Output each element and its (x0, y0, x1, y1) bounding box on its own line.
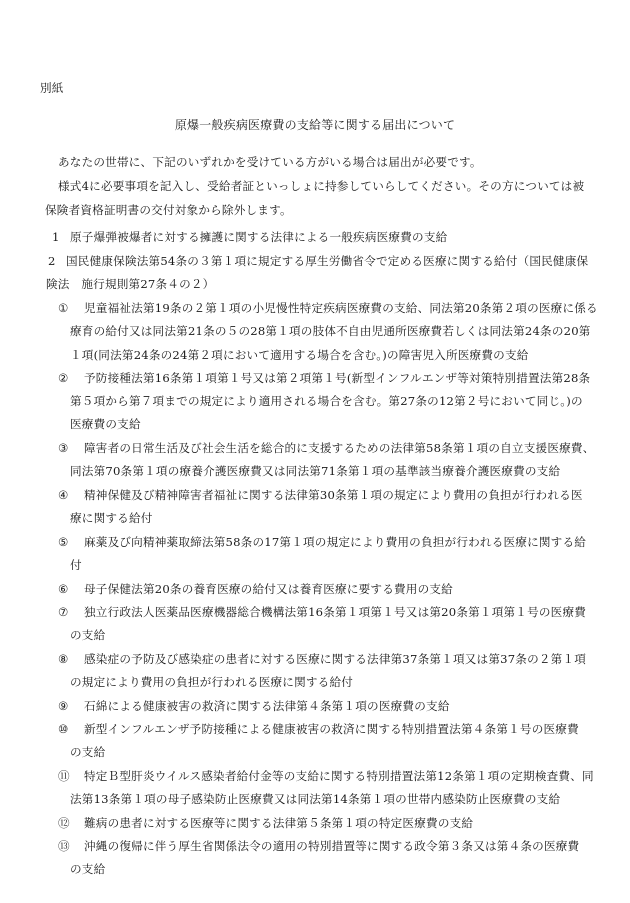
intro-line: 保険者資格証明書の交付対象から除外します。 (45, 202, 292, 218)
item-text: 第５項から第７項までの規定により適用される場合を含む。第27条の12第２号におい… (70, 393, 583, 409)
attachment-label: 別紙 (40, 80, 64, 96)
item-text: 児童福祉法第19条の２第１項の小児慢性特定疾病医療費の支給、同法第20条第２項の… (84, 300, 598, 316)
section-text: 原子爆弾被爆者に対する擁護に関する法律による一般疾病医療費の支給 (70, 229, 447, 245)
item-text: 石綿による健康被害の救済に関する法律第４条第１項の医療費の支給 (84, 698, 450, 714)
item-marker: ⑥ (58, 581, 69, 597)
item-marker: ⑨ (58, 698, 69, 714)
item-marker: ④ (58, 487, 69, 503)
item-marker: ⑪ (58, 768, 70, 784)
item-text: 独立行政法人医薬品医療機器総合機構法第16条第１項第１号又は第20条第１項第１号… (84, 604, 586, 620)
item-text: 付 (70, 557, 82, 573)
item-text: の規定により費用の負担が行われる医療に関する給付 (70, 674, 353, 690)
item-text: 療に関する給付 (70, 510, 153, 526)
item-text: 難病の患者に対する医療等に関する法律第５条第１項の特定医療費の支給 (84, 815, 473, 831)
item-text: 麻薬及び向精神薬取締法第58条の17第１項の規定により費用の負担が行われる医療に… (84, 534, 586, 550)
item-marker: ③ (58, 440, 69, 456)
item-text: 法第13条第１項の母子感染防止医療費又は同法第14条第１項の世帯内感染防止医療費… (70, 791, 560, 807)
section-text: 険法 施行規則第27条４の２） (46, 276, 214, 292)
item-text: 精神保健及び精神障害者福祉に関する法律第30条第１項の規定により費用の負担が行わ… (84, 487, 583, 503)
item-marker: ② (58, 370, 69, 386)
item-text: １項(同法第24条の24第２項において適用する場合を含む。)の障害児入所医療費の… (70, 347, 529, 363)
item-text: 新型インフルエンザ予防接種による健康被害の救済に関する特別措置法第４条第１号の医… (84, 721, 579, 737)
section-text: 国民健康保険法第54条の３第１項に規定する厚生労働省令で定める医療に関する給付（… (66, 253, 588, 269)
section-number: 2 (48, 253, 56, 269)
item-text: 医療費の支給 (70, 416, 141, 432)
item-marker: ① (58, 300, 69, 316)
item-text: 同法第70条第１項の療養介護医療費又は同法第71条第１項の基準該当療養介護医療費… (70, 463, 560, 479)
document-page: 別紙 原爆一般疾病医療費の支給等に関する届出について あなたの世帯に、下記のいず… (0, 0, 630, 903)
item-text: 特定Ｂ型肝炎ウイルス感染者給付金等の支給に関する特別措置法第12条第１項の定期検… (84, 768, 594, 784)
item-text: 療育の給付又は同法第21条の５の28第１項の肢体不自由児通所医療費若しくは同法第… (70, 323, 591, 339)
item-marker: ⑦ (58, 604, 69, 620)
intro-line: 様式4に必要事項を記入し、受給者証といっしょに持参していらしてください。その方に… (58, 178, 584, 194)
item-marker: ⑧ (58, 651, 69, 667)
item-marker: ⑤ (58, 534, 69, 550)
document-title: 原爆一般疾病医療費の支給等に関する届出について (0, 117, 630, 133)
item-text: の支給 (70, 744, 105, 760)
item-marker: ⑫ (58, 815, 70, 831)
intro-line: あなたの世帯に、下記のいずれかを受けている方がいる場合は届出が必要です。 (58, 154, 482, 170)
item-marker: ⑩ (58, 721, 69, 737)
item-text: 予防接種法第16条第１項第１号又は第２項第１号(新型インフルエンザ等対策特別措置… (84, 370, 590, 386)
item-text: 沖縄の復帰に伴う厚生省関係法令の適用の特別措置等に関する政令第３条又は第４条の医… (84, 838, 579, 854)
item-text: の支給 (70, 627, 105, 643)
item-text: 母子保健法第20条の養育医療の給付又は養育医療に要する費用の支給 (84, 581, 453, 597)
item-text: 感染症の予防及び感染症の患者に対する医療に関する法律第37条第１項又は第37条の… (84, 651, 586, 667)
item-text: 障害者の日常生活及び社会生活を総合的に支援するための法律第58条第１項の自立支援… (84, 440, 595, 456)
item-text: の支給 (70, 861, 105, 877)
item-marker: ⑬ (58, 838, 70, 854)
section-number: 1 (52, 229, 60, 245)
